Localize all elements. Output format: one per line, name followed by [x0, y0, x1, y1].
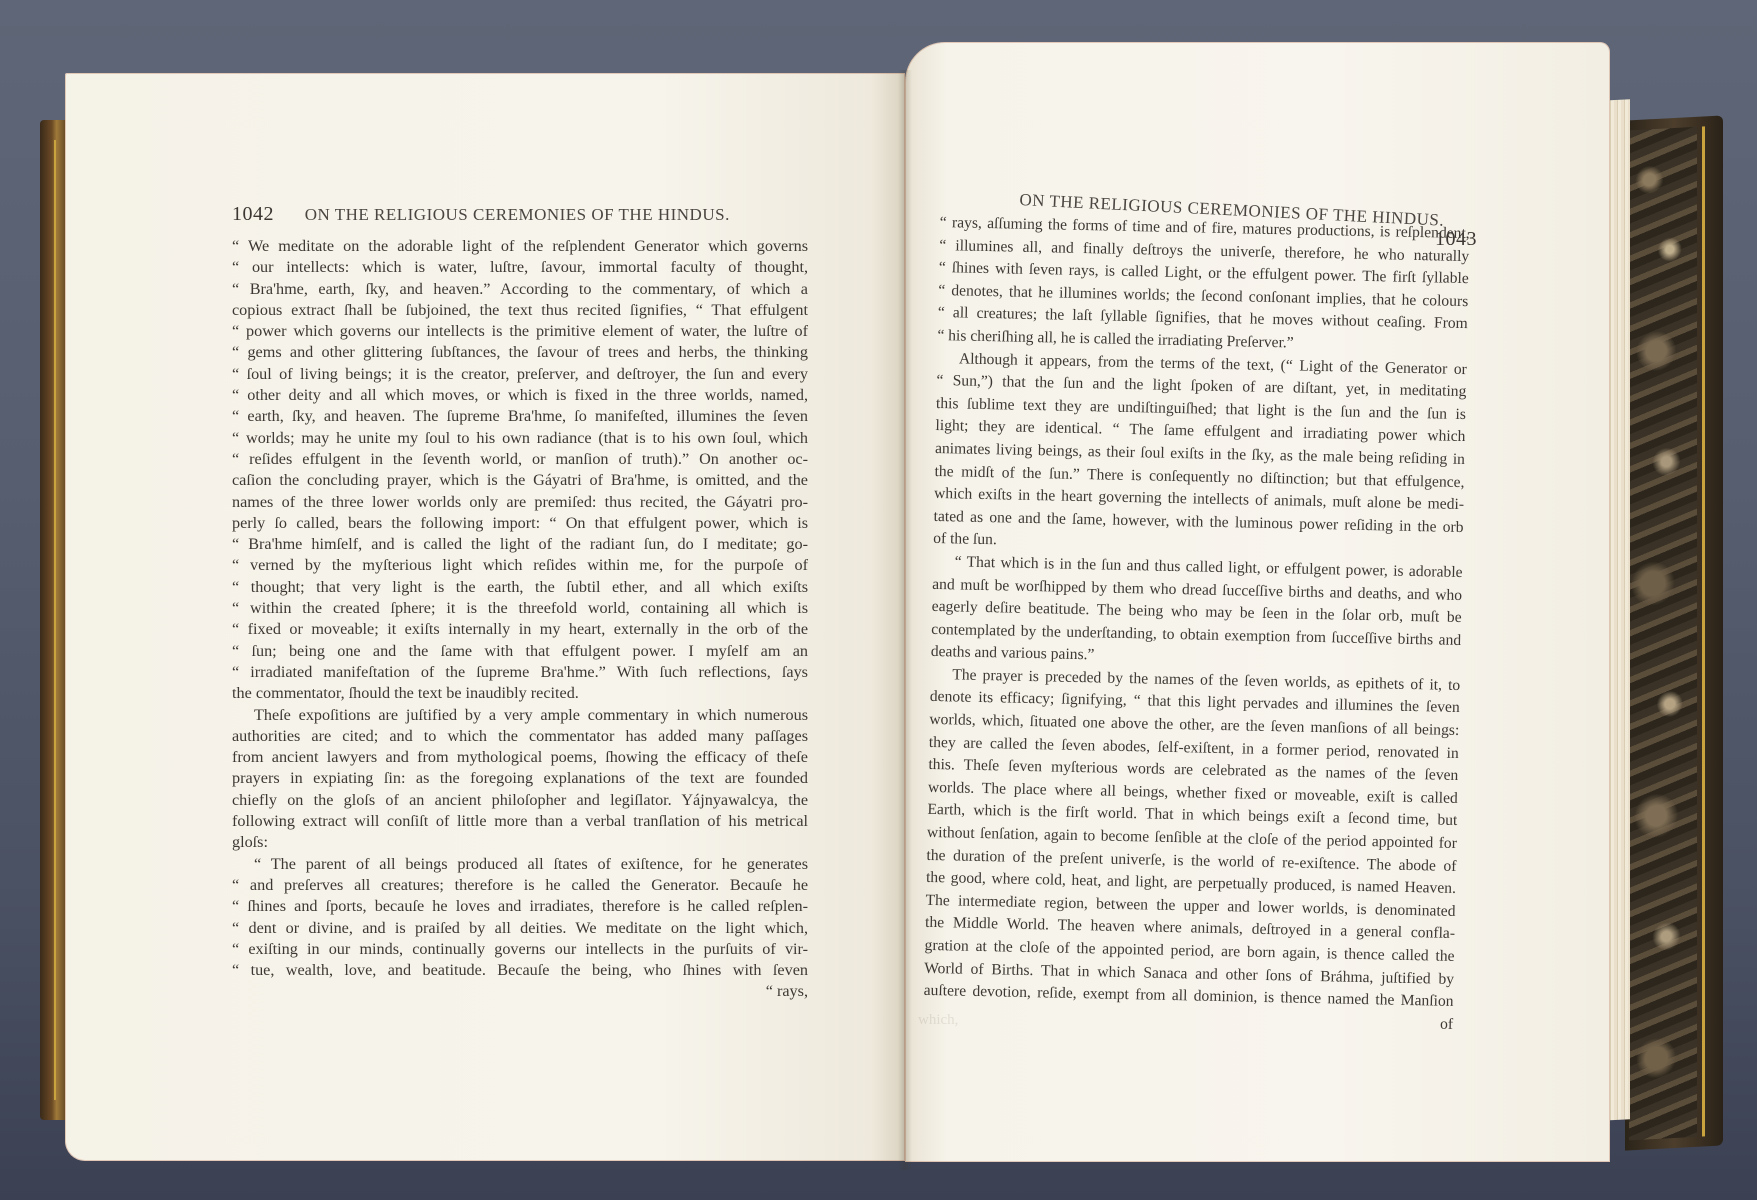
text-line: “ reſides effulgent in the ſeventh world… [232, 449, 808, 470]
text-line: “ thought; that very light is the earth,… [232, 577, 808, 598]
text-line: caſion the concluding prayer, which is t… [232, 470, 808, 491]
text-line: “ ſhines and ſports, becauſe he loves an… [232, 896, 808, 917]
text-line: “ gems and other glittering ſubſtances, … [232, 342, 808, 363]
book-gutter [898, 70, 912, 1170]
text-line: copious extract ſhall be ſubjoined, the … [232, 300, 808, 321]
catchword: “ rays, [232, 981, 808, 1002]
text-line: “ power which governs our intellects is … [232, 321, 808, 342]
text-line: “ other deity and all which moves, or wh… [232, 385, 808, 406]
left-running-title: ON THE RELIGIOUS CEREMONIES OF THE HINDU… [305, 205, 730, 224]
left-page-number: 1042 [232, 203, 274, 225]
text-line: the commentator, ſhould the text be inau… [232, 683, 808, 704]
show-through-text: which, [918, 1012, 958, 1029]
text-line: “ We meditate on the adorable light of t… [232, 236, 808, 257]
gilt-rule [1702, 126, 1705, 1136]
text-line: names of the three lower worlds only are… [232, 492, 808, 513]
text-line: “ verned by the myſterious light which r… [232, 555, 808, 576]
text-line: prayers in expiating ſin: as the foregoi… [232, 768, 808, 789]
text-line: perly ſo called, bears the following imp… [232, 513, 808, 534]
left-running-head: 1042 ON THE RELIGIOUS CEREMONIES OF THE … [232, 203, 730, 226]
text-line: “ tue, wealth, love, and beatitude. Beca… [232, 960, 808, 981]
text-line: gloſs: [232, 832, 808, 853]
text-line: Theſe expoſitions are juſtified by a ver… [232, 705, 808, 726]
left-page-body: “ We meditate on the adorable light of t… [232, 236, 808, 1003]
text-line: “ earth, ſky, and heaven. The ſupreme Br… [232, 406, 808, 427]
text-line: “ ſoul of living beings; it is the creat… [232, 364, 808, 385]
text-line: authorities are cited; and to which the … [232, 726, 808, 747]
text-line: “ Bra'hme himſelf, and is called the lig… [232, 534, 808, 555]
text-line: “ worlds; may he unite my ſoul to his ow… [232, 428, 808, 449]
text-line: “ ſun; being one and the ſame with that … [232, 641, 808, 662]
text-line: chiefly on the gloſs of an ancient philo… [232, 790, 808, 811]
book-cover-right-board [1625, 115, 1723, 1150]
text-line: “ dent or divine, and is praiſed by all … [232, 918, 808, 939]
text-line: from ancient lawyers and from mythologic… [232, 747, 808, 768]
text-line: “ our intellects: which is water, luſtre… [232, 257, 808, 278]
text-line: “ and preſerves all creatures; therefore… [232, 875, 808, 896]
text-line: following extract will conſiſt of little… [232, 811, 808, 832]
text-line: “ within the created ſphere; it is the t… [232, 598, 808, 619]
text-line: “ fixed or moveable; it exiſts internall… [232, 619, 808, 640]
text-line: “ Bra'hme, earth, ſky, and heaven.” Acco… [232, 279, 808, 300]
right-page-body: “ rays, aſſuming the forms of time and o… [923, 212, 1470, 1036]
text-line: “ The parent of all beings produced all … [232, 854, 808, 875]
text-line: “ exiſting in our minds, continually gov… [232, 939, 808, 960]
text-line: “ irradiated manifeſtation of the ſuprem… [232, 662, 808, 683]
marbled-endpaper [1629, 127, 1697, 1141]
